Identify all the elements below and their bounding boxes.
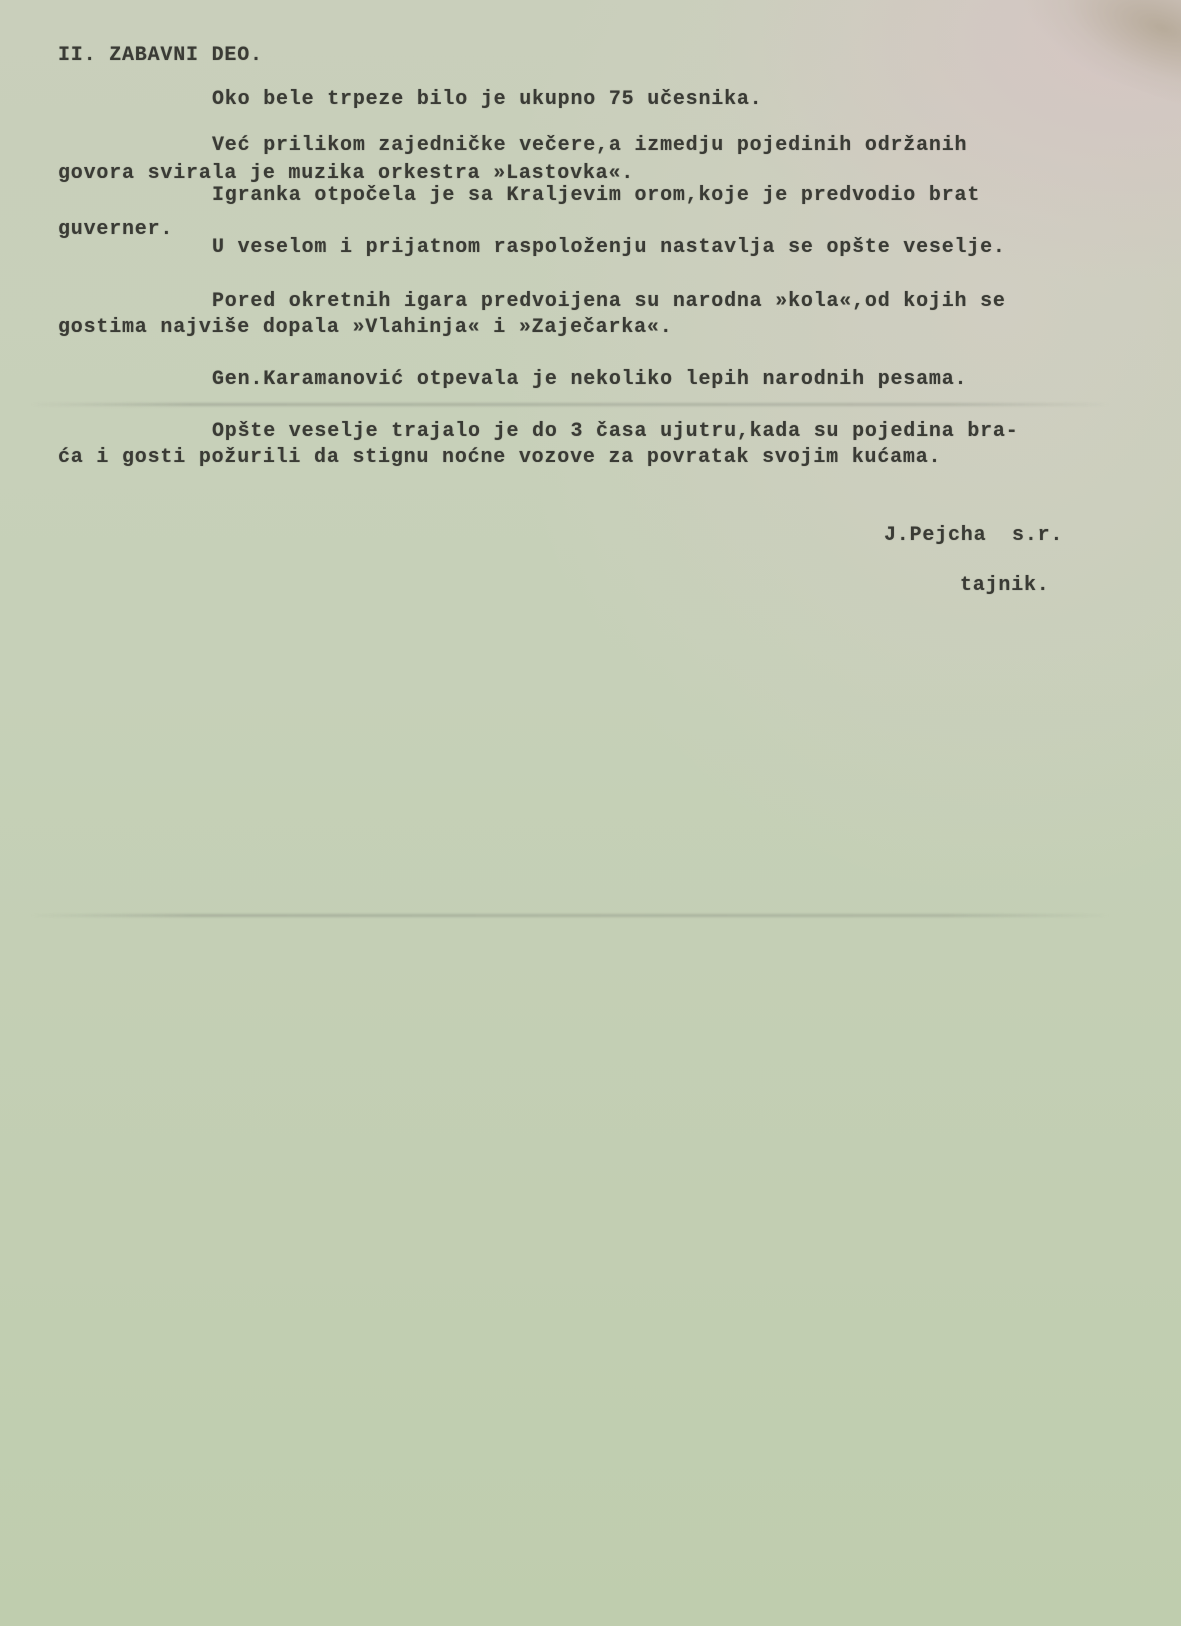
- signature-title: tajnik.: [960, 574, 1050, 598]
- text-line: U veselom i prijatnom raspoloženju nasta…: [212, 236, 1006, 260]
- text-line: Oko bele trpeze bilo je ukupno 75 učesni…: [212, 88, 762, 112]
- signature-name: J.Pejcha s.r.: [884, 524, 1063, 548]
- text-line: guverner.: [58, 218, 173, 242]
- text-line: ća i gosti požurili da stignu noćne vozo…: [58, 446, 941, 470]
- text-line: Igranka otpočela je sa Kraljevim orom,ko…: [212, 184, 980, 208]
- section-heading: II. ZABAVNI DEO.: [58, 44, 263, 68]
- typewritten-page: II. ZABAVNI DEO. Oko bele trpeze bilo je…: [0, 0, 1181, 1626]
- text-line: gostima najviše dopala »Vlahinja« i »Zaj…: [58, 316, 673, 340]
- text-line: Gen.Karamanović otpevala je nekoliko lep…: [212, 368, 967, 392]
- text-line: Pored okretnih igara predvoijena su naro…: [212, 290, 1006, 314]
- text-line: Već prilikom zajedničke večere,a izmedju…: [212, 134, 967, 158]
- text-line: Opšte veselje trajalo je do 3 časa ujutr…: [212, 420, 1019, 444]
- text-line: govora svirala je muzika orkestra »Lasto…: [58, 162, 634, 186]
